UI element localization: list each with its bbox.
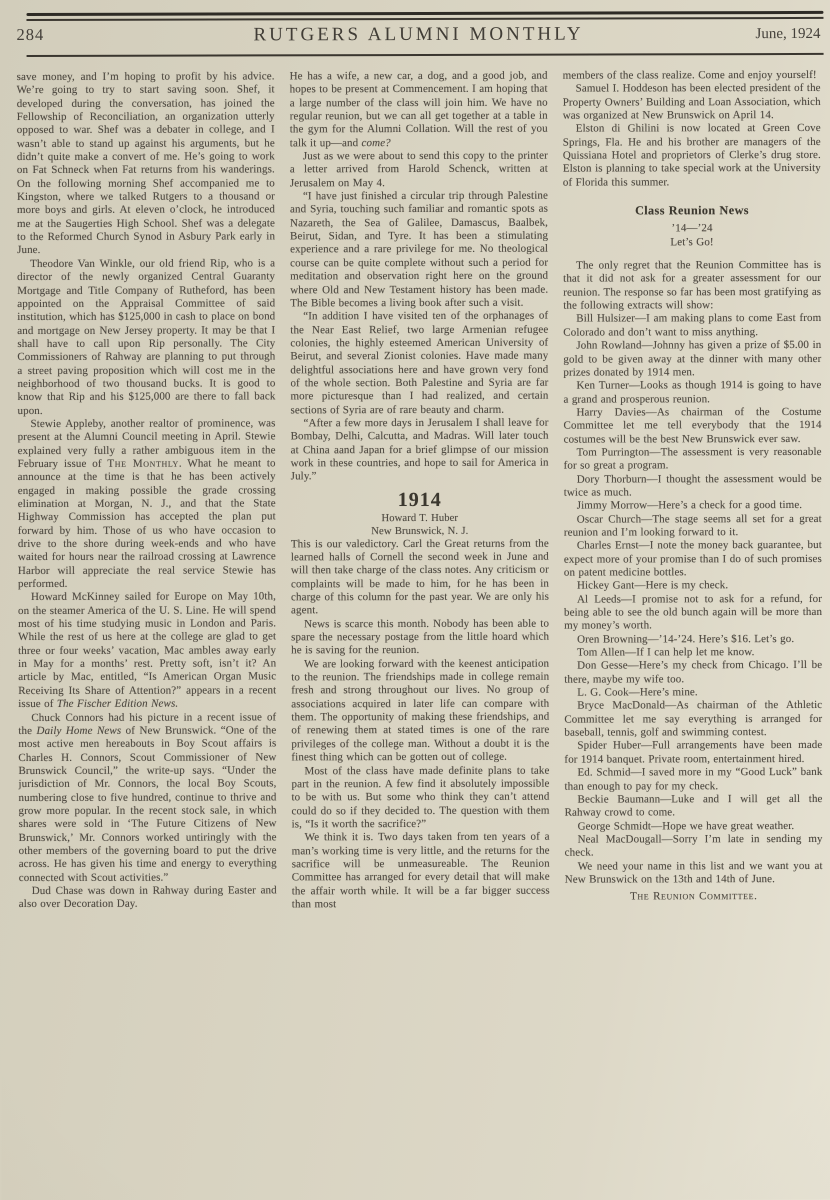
text-segment: Charles Ernst—I note the money back guar… bbox=[564, 539, 822, 578]
paragraph: Neal MacDougall—Sorry I’m late in sendin… bbox=[565, 833, 823, 860]
paragraph: News is scarce this month. Nobody has be… bbox=[291, 617, 549, 658]
section-subheading-years: ’14—’24 bbox=[563, 221, 821, 236]
text-segment: The Monthly bbox=[107, 458, 179, 470]
journal-title: RUTGERS ALUMNI MONTHLY bbox=[253, 24, 583, 47]
issue-date: June, 1924 bbox=[755, 26, 820, 43]
text-segment: Hickey Gant—Here is my check. bbox=[577, 580, 728, 592]
section-subheading-slogan: Let’s Go! bbox=[563, 235, 821, 250]
paragraph: Howard McKinney sailed for Europe on May… bbox=[18, 591, 276, 712]
paragraph: Bill Hulsizer—I am making plans to come … bbox=[563, 312, 821, 339]
paragraph: Al Leeds—I promise not to ask for a refu… bbox=[564, 593, 822, 634]
class-year-heading: 1914 bbox=[291, 489, 549, 511]
paragraph: Oscar Church—The stage seems all set for… bbox=[564, 513, 822, 540]
text-segment: Ed. Schmid—I saved more in my “Good Luck… bbox=[564, 766, 822, 792]
text-segment: L. G. Cook—Here’s mine. bbox=[577, 686, 698, 698]
text-segment: . What he meant to announce at the time … bbox=[18, 457, 276, 590]
text-segment: Jimmy Morrow—Here’s a check for a good t… bbox=[577, 499, 802, 512]
byline-place: New Brunswick, N. J. bbox=[291, 524, 549, 538]
paragraph: Dud Chase was down in Rahway during East… bbox=[19, 884, 277, 911]
text-segment: members of the class realize. Come and e… bbox=[563, 69, 817, 82]
column-right: members of the class realize. Come and e… bbox=[563, 69, 824, 1182]
text-segment: The Fischer Edition News. bbox=[57, 698, 178, 710]
section-heading: Class Reunion News bbox=[563, 203, 821, 218]
text-segment: John Rowland—Johnny has given a prize of… bbox=[563, 339, 821, 378]
text-segment: Just as we were about to send this copy … bbox=[290, 150, 548, 189]
text-segment: Harry Davies—As chairman of the Costume … bbox=[564, 406, 822, 445]
paragraph: Dory Thorburn—I thought the assessment w… bbox=[564, 473, 822, 500]
paragraph: Samuel I. Hoddeson has been elected pres… bbox=[563, 82, 821, 123]
page-header: 284 RUTGERS ALUMNI MONTHLY June, 1924 bbox=[16, 23, 820, 51]
text-segment: Bill Hulsizer—I am making plans to come … bbox=[563, 312, 821, 338]
paragraph: We think it is. Two days taken from ten … bbox=[292, 831, 550, 912]
paragraph: George Schmidt—Hope we have great weathe… bbox=[565, 819, 823, 833]
text-segment: Class Reunion News bbox=[635, 203, 749, 217]
paragraph: We are looking forward with the keenest … bbox=[291, 657, 549, 764]
text-segment: Don Gesse—Here’s my check from Chicago. … bbox=[564, 659, 822, 685]
page-number: 284 bbox=[16, 25, 44, 45]
text-segment: “After a few more days in Jerusalem I sh… bbox=[291, 417, 549, 483]
text-segment: Beckie Baumann—Luke and I will get all t… bbox=[565, 793, 823, 819]
header-bottom-rule bbox=[27, 53, 824, 57]
text-segment: Most of the class have made definite pla… bbox=[291, 764, 549, 830]
text-segment: Bryce MacDonald—As chairman of the Athle… bbox=[564, 699, 822, 738]
text-segment: Dud Chase was down in Rahway during East… bbox=[19, 884, 277, 910]
text-segment: save money, and I’m hoping to profit by … bbox=[17, 70, 275, 256]
byline-name: Howard T. Huber bbox=[291, 511, 549, 525]
paragraph: Tom Purrington—The assessment is very re… bbox=[564, 446, 822, 473]
text-segment: Howard McKinney sailed for Europe on May… bbox=[18, 591, 276, 710]
text-segment: 1914 bbox=[398, 489, 442, 511]
paragraph: Most of the class have made definite pla… bbox=[291, 764, 549, 831]
paragraph: Just as we were about to send this copy … bbox=[290, 150, 548, 191]
paragraph: He has a wife, a new car, a dog, and a g… bbox=[290, 70, 548, 151]
text-segment: Samuel I. Hoddeson has been elected pres… bbox=[563, 82, 821, 121]
text-segment: News is scarce this month. Nobody has be… bbox=[291, 617, 549, 656]
text-segment: ’14—’24 bbox=[671, 222, 712, 234]
text-segment: Ken Turner—Looks as though 1914 is going… bbox=[563, 379, 821, 405]
paragraph: L. G. Cook—Here’s mine. bbox=[564, 686, 822, 700]
text-segment: He has a wife, a new car, a dog, and a g… bbox=[290, 70, 548, 149]
signature: The Reunion Committee. bbox=[565, 890, 823, 904]
text-segment: George Schmidt—Hope we have great weathe… bbox=[578, 820, 795, 833]
paragraph: Oren Browning—’14-’24. Here’s $16. Let’s… bbox=[564, 633, 822, 647]
paragraph: “In addition I have visited ten of the o… bbox=[290, 310, 548, 417]
text-segment: of New Brunswick. “One of the most activ… bbox=[18, 724, 276, 883]
text-segment: Daily Home News bbox=[36, 725, 121, 737]
text-segment: “I have just finished a circular trip th… bbox=[290, 190, 548, 309]
text-segment: Spider Huber—Full arrangements have been… bbox=[564, 739, 822, 765]
column-middle: He has a wife, a new car, a dog, and a g… bbox=[290, 70, 551, 1183]
paragraph: Spider Huber—Full arrangements have been… bbox=[564, 739, 822, 766]
top-rule-thick bbox=[26, 11, 823, 16]
paragraph: Theodore Van Winkle, our old friend Rip,… bbox=[17, 257, 275, 418]
text-segment: New Brunswick, N. J. bbox=[371, 526, 468, 537]
paragraph: Chuck Connors had his picture in a recen… bbox=[18, 711, 276, 885]
text-segment: Elston di Ghilini is now located at Gree… bbox=[563, 122, 821, 188]
text-columns: save money, and I’m hoping to profit by … bbox=[17, 69, 824, 1183]
paragraph: Charles Ernst—I note the money back guar… bbox=[564, 539, 822, 580]
paragraph: Harry Davies—As chairman of the Costume … bbox=[563, 406, 821, 447]
paragraph: Bryce MacDonald—As chairman of the Athle… bbox=[564, 699, 822, 740]
magazine-page: 284 RUTGERS ALUMNI MONTHLY June, 1924 sa… bbox=[0, 0, 830, 1200]
paragraph: Stewie Appleby, another realtor of promi… bbox=[18, 417, 276, 591]
paragraph: “I have just finished a circular trip th… bbox=[290, 190, 548, 311]
text-segment: “In addition I have visited ten of the o… bbox=[290, 310, 548, 416]
text-segment: We think it is. Two days taken from ten … bbox=[292, 831, 550, 910]
text-segment: Oren Browning—’14-’24. Here’s $16. Let’s… bbox=[577, 633, 794, 646]
text-segment: Oscar Church—The stage seems all set for… bbox=[564, 513, 822, 539]
paragraph: The only regret that the Reunion Committ… bbox=[563, 259, 821, 313]
text-segment: Howard T. Huber bbox=[381, 513, 458, 524]
paragraph: We need your name in this list and we wa… bbox=[565, 859, 823, 886]
paragraph: This is our valedictory. Carl the Great … bbox=[291, 537, 549, 618]
paragraph: Jimmy Morrow—Here’s a check for a good t… bbox=[564, 499, 822, 513]
text-segment: We are looking forward with the keenest … bbox=[291, 657, 549, 763]
paragraph: Ed. Schmid—I saved more in my “Good Luck… bbox=[564, 766, 822, 793]
paragraph: save money, and I’m hoping to profit by … bbox=[17, 70, 275, 257]
paragraph: Don Gesse—Here’s my check from Chicago. … bbox=[564, 659, 822, 686]
paragraph: Tom Allen—If I can help let me know. bbox=[564, 646, 822, 660]
text-segment: Let’s Go! bbox=[670, 236, 713, 248]
text-segment: We need your name in this list and we wa… bbox=[565, 859, 823, 885]
text-segment: This is our valedictory. Carl the Great … bbox=[291, 537, 549, 616]
text-segment: Al Leeds—I promise not to ask for a refu… bbox=[564, 593, 822, 632]
text-segment: The Reunion Committee. bbox=[630, 890, 757, 902]
paragraph: Hickey Gant—Here is my check. bbox=[564, 579, 822, 593]
paragraph: John Rowland—Johnny has given a prize of… bbox=[563, 339, 821, 380]
text-segment: Tom Allen—If I can help let me know. bbox=[577, 646, 754, 658]
paragraph: Beckie Baumann—Luke and I will get all t… bbox=[565, 793, 823, 820]
text-segment: The only regret that the Reunion Committ… bbox=[563, 259, 821, 312]
text-segment: Tom Purrington—The assessment is very re… bbox=[564, 446, 822, 472]
column-left: save money, and I’m hoping to profit by … bbox=[17, 70, 278, 1183]
text-segment: Theodore Van Winkle, our old friend Rip,… bbox=[17, 257, 275, 416]
paragraph: members of the class realize. Come and e… bbox=[563, 69, 821, 83]
text-segment: Dory Thorburn—I thought the assessment w… bbox=[564, 473, 822, 499]
top-rule-thin bbox=[26, 17, 823, 21]
paragraph: Elston di Ghilini is now located at Gree… bbox=[563, 122, 821, 189]
text-segment: Neal MacDougall—Sorry I’m late in sendin… bbox=[565, 833, 823, 859]
paragraph: “After a few more days in Jerusalem I sh… bbox=[291, 417, 549, 484]
paragraph: Ken Turner—Looks as though 1914 is going… bbox=[563, 379, 821, 406]
text-segment: come? bbox=[362, 137, 391, 149]
